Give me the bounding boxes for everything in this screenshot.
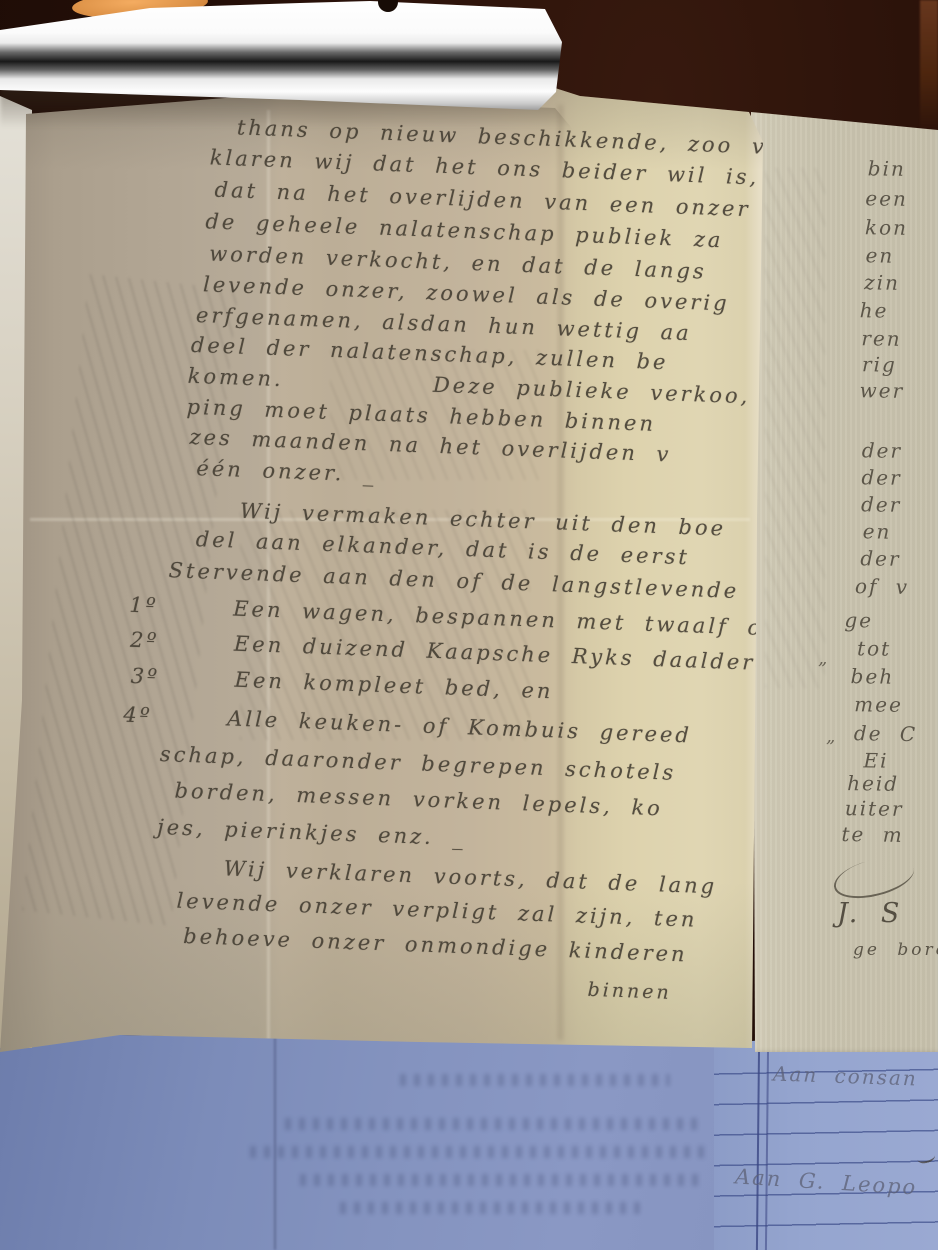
blue-backing-sheet [0, 1028, 714, 1250]
ink-bleed-smudge [285, 1118, 705, 1130]
handwritten-line: 3º Een kompleet bed, en [130, 664, 554, 703]
right-page-fragment: der [862, 438, 903, 463]
right-page-fragment: beh [850, 664, 894, 689]
main-page-text: thans op nieuw beschikkende, zoo verklar… [166, 98, 800, 1059]
ink-bleed-smudge [250, 1146, 710, 1158]
handwritten-line: binnen [587, 979, 672, 1004]
ledger-entry: Aan consan [773, 1061, 919, 1090]
handwritten-line: borden, messen vorken lepels, ko [174, 779, 663, 821]
right-page-fragment: tot [857, 636, 891, 660]
right-page-fragment: te m [841, 822, 904, 847]
right-page-fragment: een [865, 186, 908, 211]
ink-bleed-smudge [300, 1174, 700, 1186]
right-page-fragment: der [861, 492, 902, 517]
signature: J. S [837, 898, 902, 929]
right-page-fragment: of v [855, 574, 909, 599]
right-page-fragment: kon [865, 215, 908, 240]
handwritten-line: jes, pierinkjes enz. _ [157, 815, 467, 850]
ink-bleed-smudge [340, 1202, 640, 1214]
right-page-fragment: Ei [863, 748, 888, 772]
main-document-page: thans op nieuw beschikkende, zoo verklar… [0, 80, 766, 1058]
right-page-fragment: wer [859, 378, 904, 403]
photo-stage: Aan consan Aan G. Leopo bineenkonenzinhe… [0, 0, 938, 1250]
right-page-fragment: heid [847, 771, 899, 796]
right-page-fragment: ge [844, 608, 873, 632]
right-page-fragment: en [865, 243, 894, 267]
ink-bleed-smudge [400, 1074, 670, 1086]
right-page-fragment: der [861, 465, 902, 490]
handwritten-line: één onzer. _ [196, 456, 377, 487]
blue-ledger-page: Aan consan Aan G. Leopo [713, 1024, 938, 1250]
handwritten-line: 4º Alle keuken- of Kombuis gereed [123, 703, 692, 748]
right-page-fragment: bin [868, 156, 906, 181]
right-page-fragment: der [860, 546, 901, 571]
right-document-page: bineenkonenzinherenrigwerderderderendero… [745, 108, 938, 1052]
handwritten-line: behoeve onzer onmondige kinderen [183, 924, 688, 966]
signature: ge bore [853, 940, 938, 960]
right-page-fragment: rig [862, 352, 897, 376]
right-page-fragment: he [860, 298, 889, 322]
handwritten-line: levende onzer verpligt zal zijn, ten [176, 889, 698, 932]
fold-crease [274, 1028, 276, 1250]
quote-mark: „ [818, 648, 830, 669]
quote-mark: „ [826, 726, 838, 747]
desk-wood-highlight [920, 0, 938, 135]
right-page-fragment: en [863, 519, 892, 543]
handwritten-line: schap, daaronder begrepen schotels [159, 742, 676, 785]
right-page-fragment: zin [864, 270, 900, 294]
right-page-fragment: uiter [845, 796, 904, 821]
right-page-fragment: ren [861, 326, 902, 351]
right-page-fragment: de C [854, 721, 918, 746]
right-page-fragment: mee [854, 692, 903, 717]
